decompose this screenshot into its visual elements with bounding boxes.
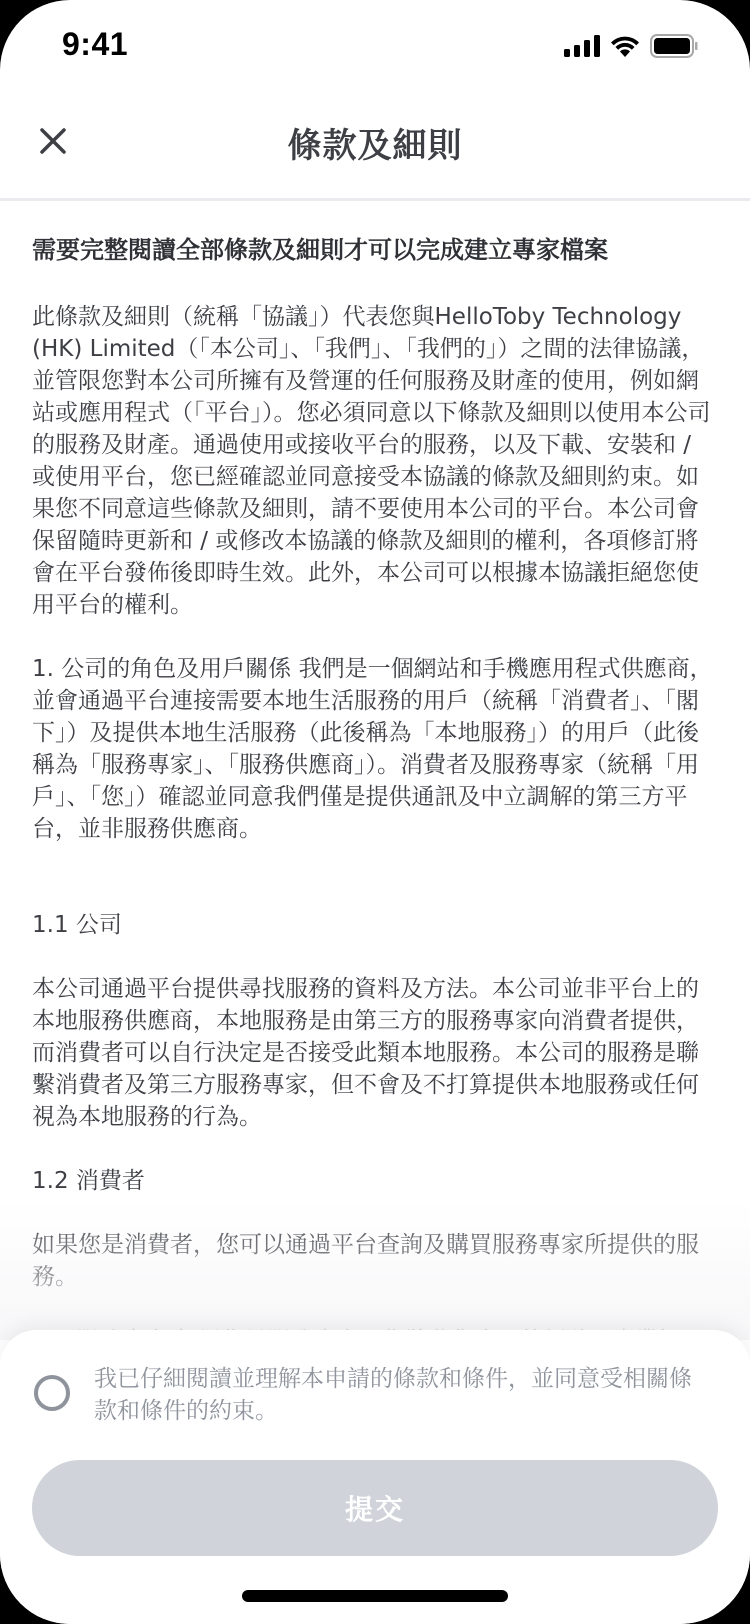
terms-heading: 需要完整閱讀全部條款及細則才可以完成建立專家檔案 bbox=[32, 233, 718, 267]
terms-section-1: 1. 公司的角色及用戶關係 我們是一個網站和手機應用程式供應商，並會通過平台連接… bbox=[32, 653, 718, 845]
status-bar: 9:41 bbox=[0, 0, 750, 90]
agree-label: 我已仔細閱讀並理解本申請的條款和條件，並同意受相關條款和條件的約束。 bbox=[94, 1363, 710, 1427]
terms-section-1-2-title: 1.2 消費者 bbox=[32, 1165, 718, 1197]
battery-icon bbox=[650, 34, 698, 58]
phone-screen: 9:41 bbox=[0, 0, 750, 1624]
terms-section-1-2-body: 如果您是消費者，您可以通過平台查詢及購買服務專家所提供的服務。 bbox=[32, 1229, 718, 1293]
terms-intro-paragraph: 此條款及細則（統稱「協議」）代表您與HelloToby Technology (… bbox=[32, 301, 718, 621]
status-icons bbox=[564, 34, 698, 58]
status-time: 9:41 bbox=[62, 26, 128, 63]
terms-section-1-1-body: 本公司通過平台提供尋找服務的資料及方法。本公司並非平台上的本地服務供應商，本地服… bbox=[32, 973, 718, 1133]
nav-bar: 條款及細則 bbox=[0, 90, 750, 201]
terms-section-1-1-title: 1.1 公司 bbox=[32, 909, 718, 941]
wifi-icon bbox=[610, 35, 640, 57]
submit-button[interactable]: 提交 bbox=[32, 1460, 718, 1556]
agree-radio-icon[interactable] bbox=[34, 1375, 70, 1411]
agree-checkbox-row[interactable]: 我已仔細閱讀並理解本申請的條款和條件，並同意受相關條款和條件的約束。 bbox=[34, 1363, 710, 1427]
page-title: 條款及細則 bbox=[0, 118, 750, 167]
bottom-sheet: 我已仔細閱讀並理解本申請的條款和條件，並同意受相關條款和條件的約束。 提交 bbox=[0, 1330, 750, 1624]
cellular-signal-icon bbox=[564, 35, 600, 57]
home-indicator bbox=[242, 1590, 508, 1602]
